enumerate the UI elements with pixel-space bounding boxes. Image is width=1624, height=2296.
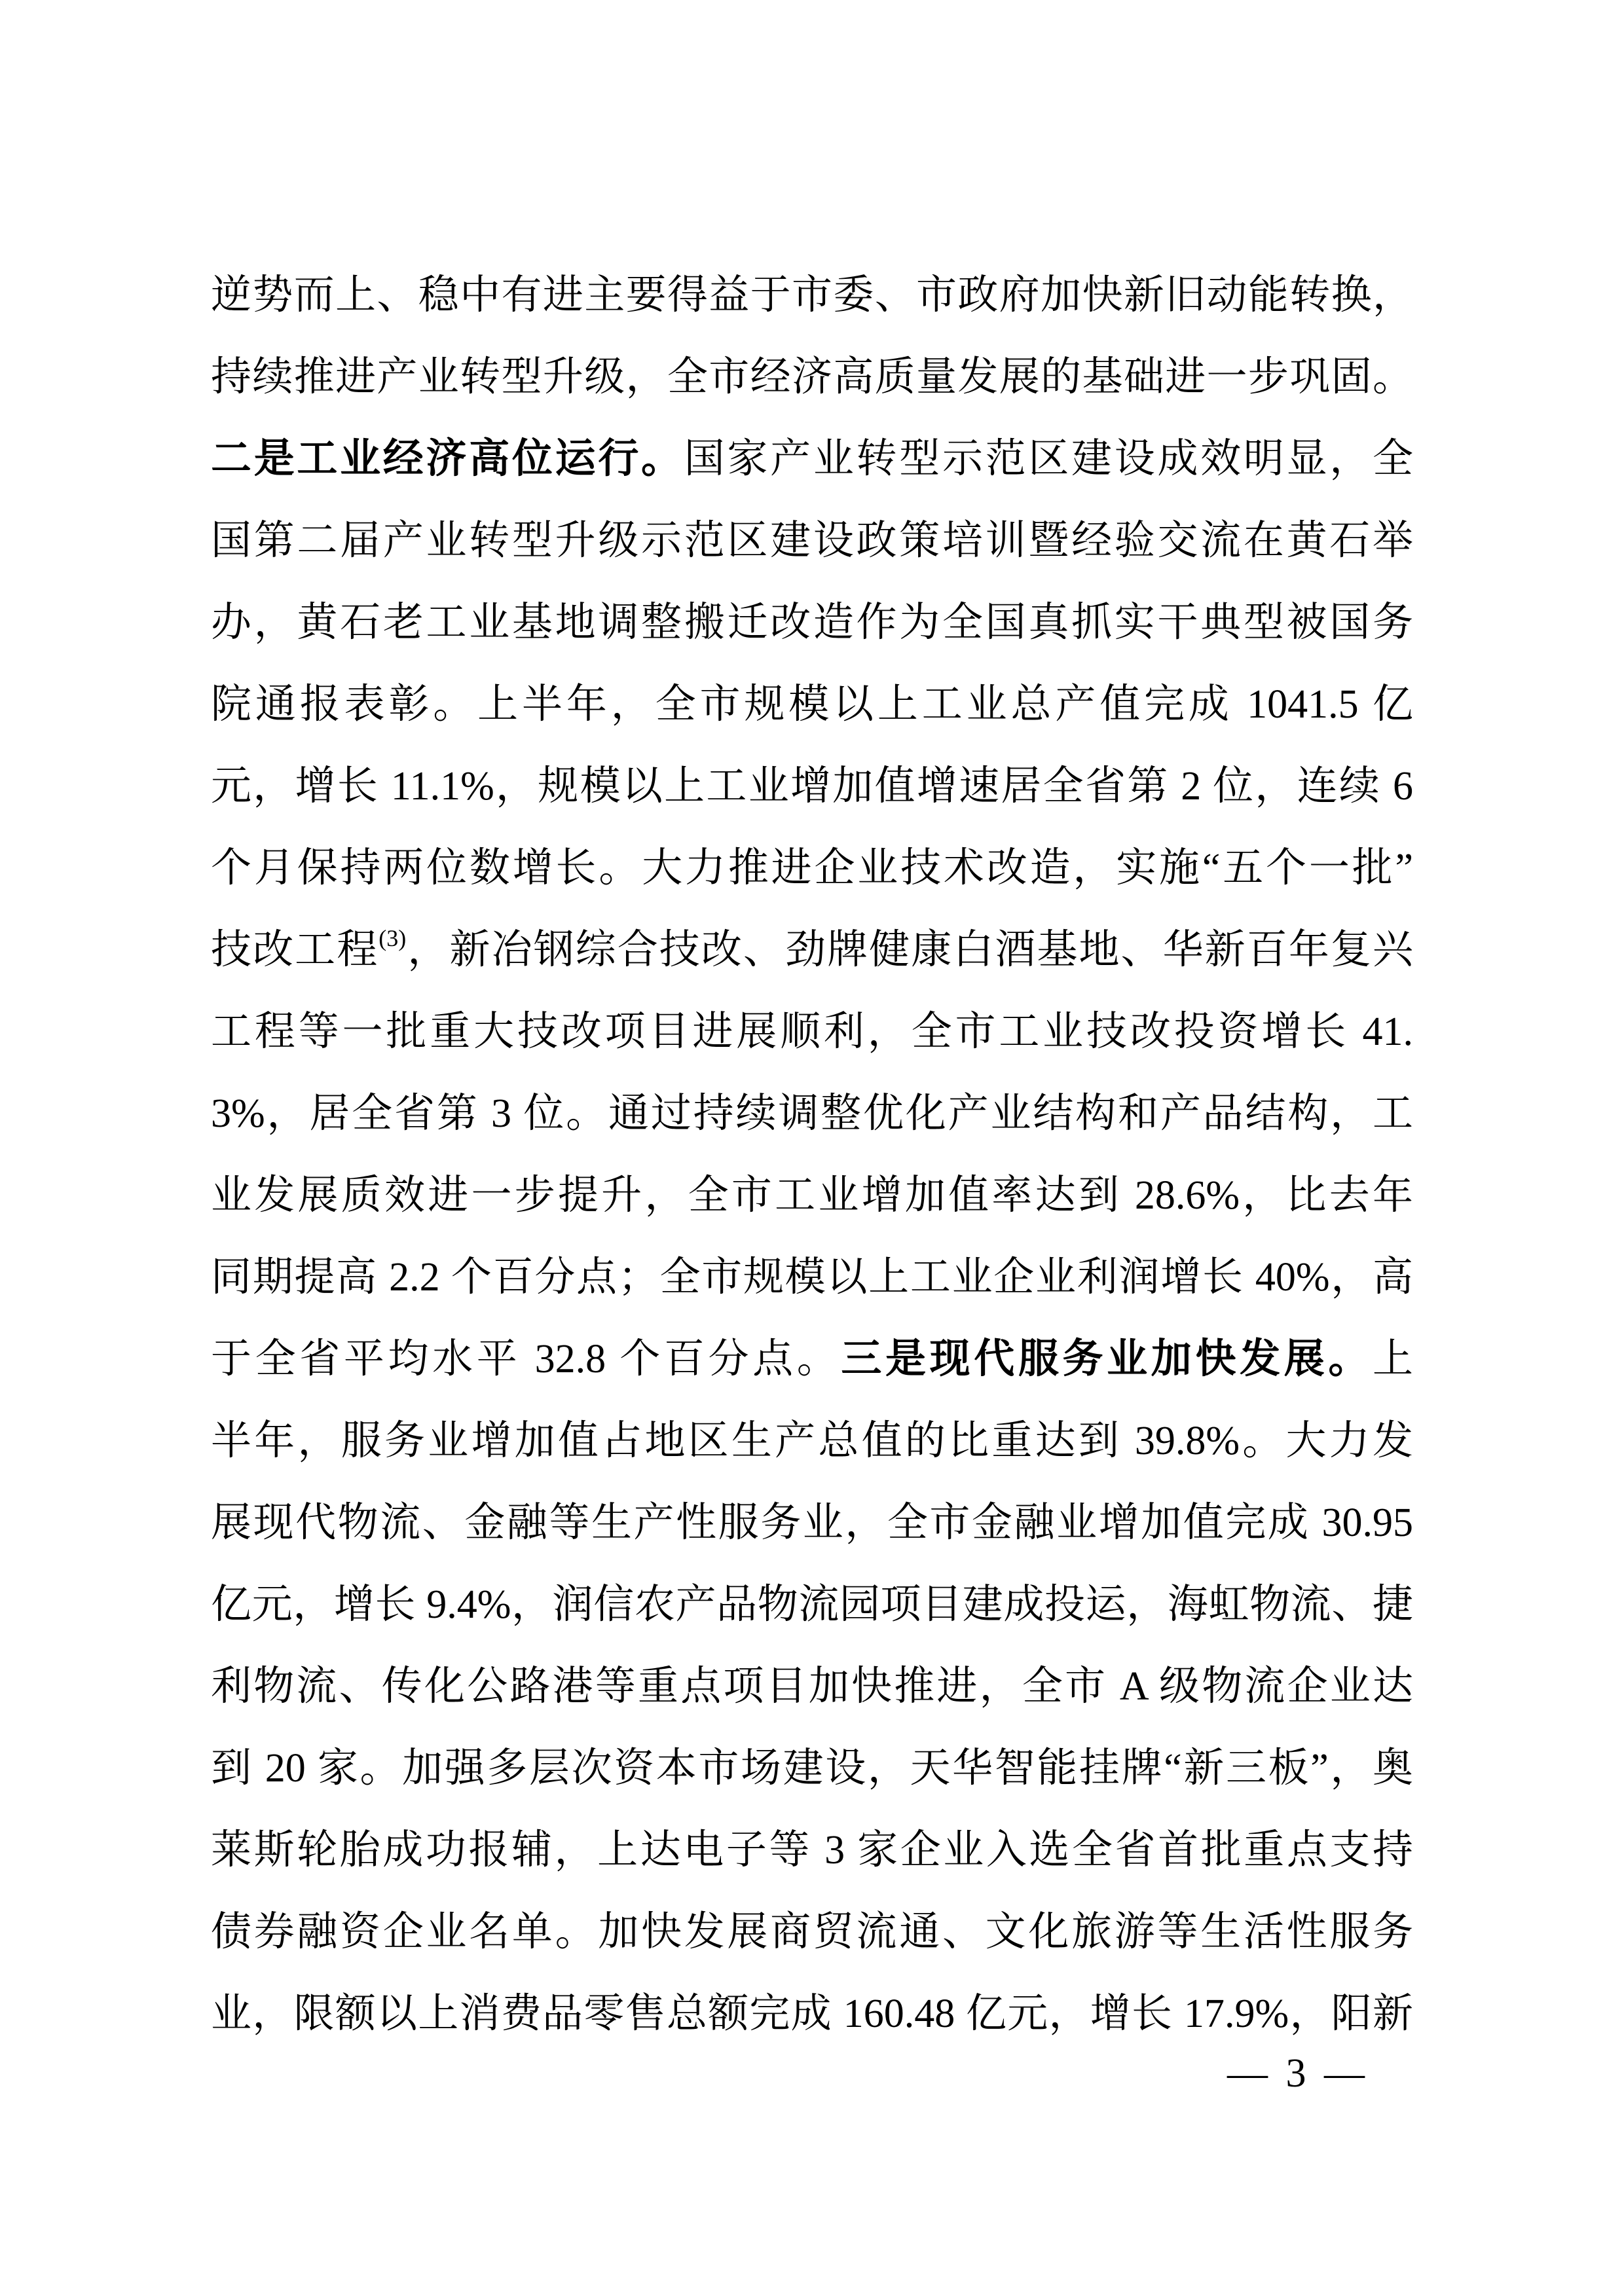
body-text: 上 — [1373, 1337, 1413, 1381]
text-line: 办，黄石老工业基地调整搬迁改造作为全国真抓实干典型被国务 — [211, 582, 1413, 664]
footnote-reference: (3) — [378, 925, 406, 951]
text-line: 亿元，增长 9.4%，润信农产品物流园项目建成投运，海虹物流、捷 — [211, 1564, 1413, 1646]
text-line: 债券融资企业名单。加快发展商贸流通、文化旅游等生活性服务 — [211, 1891, 1413, 1973]
body-text: 业，限额以上消费品零售总额完成 160.48 亿元，增长 17.9%，阳新 — [211, 1992, 1413, 2036]
body-text: 元，增长 11.1%，规模以上工业增加值增速居全省第 2 位，连续 6 — [211, 764, 1413, 809]
text-line: 国第二届产业转型升级示范区建设政策培训暨经验交流在黄石举 — [211, 500, 1413, 582]
body-text: 业发展质效进一步提升，全市工业增加值率达到 28.6%，比去年 — [211, 1173, 1413, 1218]
text-line: 工程等一批重大技改项目进展顺利，全市工业技改投资增长 41. — [211, 991, 1413, 1073]
body-text: 亿元，增长 9.4%，润信农产品物流园项目建成投运，海虹物流、捷 — [211, 1582, 1413, 1627]
body-text: 到 20 家。加强多层次资本市场建设，天华智能挂牌“新三板”，奥 — [211, 1746, 1413, 1791]
body-text: 于全省平均水平 32.8 个百分点。 — [211, 1337, 841, 1381]
body-text: ，新冶钢综合技改、劲牌健康白酒基地、华新百年复兴 — [406, 928, 1413, 972]
body-text: 个月保持两位数增长。大力推进企业技术改造，实施“五个一批” — [211, 846, 1413, 890]
text-line: 持续推进产业转型升级，全市经济高质量发展的基础进一步巩固。 — [211, 337, 1413, 418]
text-line: 院通报表彰。上半年，全市规模以上工业总产值完成 1041.5 亿 — [211, 664, 1413, 746]
emphasis-text: 三是现代服务业加快发展。 — [841, 1337, 1373, 1381]
body-text: 持续推进产业转型升级，全市经济高质量发展的基础进一步巩固。 — [211, 355, 1413, 399]
text-line: 到 20 家。加强多层次资本市场建设，天华智能挂牌“新三板”，奥 — [211, 1728, 1413, 1810]
text-line: 二是工业经济高位运行。国家产业转型示范区建设成效明显，全 — [211, 418, 1413, 500]
text-line: 利物流、传化公路港等重点项目加快推进，全市 A 级物流企业达 — [211, 1646, 1413, 1728]
body-text: 工程等一批重大技改项目进展顺利，全市工业技改投资增长 41. — [211, 1010, 1413, 1054]
body-text: 债券融资企业名单。加快发展商贸流通、文化旅游等生活性服务 — [211, 1910, 1413, 1954]
document-body: 逆势而上、稳中有进主要得益于市委、市政府加快新旧动能转换，持续推进产业转型升级，… — [211, 255, 1413, 2055]
body-text: 办，黄石老工业基地调整搬迁改造作为全国真抓实干典型被国务 — [211, 600, 1413, 645]
body-text: 3%，居全省第 3 位。通过持续调整优化产业结构和产品结构，工 — [211, 1091, 1413, 1136]
body-text: 逆势而上、稳中有进主要得益于市委、市政府加快新旧动能转换， — [211, 273, 1413, 318]
body-text: 半年，服务业增加值占地区生产总值的比重达到 39.8%。大力发 — [211, 1419, 1413, 1463]
text-line: 3%，居全省第 3 位。通过持续调整优化产业结构和产品结构，工 — [211, 1073, 1413, 1155]
page-number: — 3 — — [1227, 2050, 1369, 2096]
text-line: 于全省平均水平 32.8 个百分点。三是现代服务业加快发展。上 — [211, 1319, 1413, 1400]
text-line: 半年，服务业增加值占地区生产总值的比重达到 39.8%。大力发 — [211, 1400, 1413, 1482]
text-line: 业，限额以上消费品零售总额完成 160.48 亿元，增长 17.9%，阳新 — [211, 1973, 1413, 2055]
body-text: 同期提高 2.2 个百分点；全市规模以上工业企业利润增长 40%，高 — [211, 1255, 1413, 1300]
text-line: 逆势而上、稳中有进主要得益于市委、市政府加快新旧动能转换， — [211, 255, 1413, 337]
text-line: 技改工程(3)，新冶钢综合技改、劲牌健康白酒基地、华新百年复兴 — [211, 909, 1413, 991]
body-text: 利物流、传化公路港等重点项目加快推进，全市 A 级物流企业达 — [211, 1664, 1413, 1709]
body-text: 展现代物流、金融等生产性服务业，全市金融业增加值完成 30.95 — [211, 1501, 1413, 1545]
emphasis-text: 二是工业经济高位运行。 — [211, 437, 684, 481]
body-text: 国第二届产业转型升级示范区建设政策培训暨经验交流在黄石举 — [211, 519, 1413, 563]
text-line: 业发展质效进一步提升，全市工业增加值率达到 28.6%，比去年 — [211, 1155, 1413, 1237]
body-text: 莱斯轮胎成功报辅，上达电子等 3 家企业入选全省首批重点支持 — [211, 1828, 1413, 1872]
body-text: 技改工程 — [211, 928, 378, 972]
body-text: 国家产业转型示范区建设成效明显，全 — [684, 437, 1413, 481]
text-line: 个月保持两位数增长。大力推进企业技术改造，实施“五个一批” — [211, 828, 1413, 909]
text-line: 莱斯轮胎成功报辅，上达电子等 3 家企业入选全省首批重点支持 — [211, 1810, 1413, 1891]
text-line: 展现代物流、金融等生产性服务业，全市金融业增加值完成 30.95 — [211, 1482, 1413, 1564]
body-text: 院通报表彰。上半年，全市规模以上工业总产值完成 1041.5 亿 — [211, 682, 1413, 727]
text-line: 元，增长 11.1%，规模以上工业增加值增速居全省第 2 位，连续 6 — [211, 746, 1413, 828]
document-page: 逆势而上、稳中有进主要得益于市委、市政府加快新旧动能转换，持续推进产业转型升级，… — [0, 0, 1624, 2296]
text-line: 同期提高 2.2 个百分点；全市规模以上工业企业利润增长 40%，高 — [211, 1237, 1413, 1319]
